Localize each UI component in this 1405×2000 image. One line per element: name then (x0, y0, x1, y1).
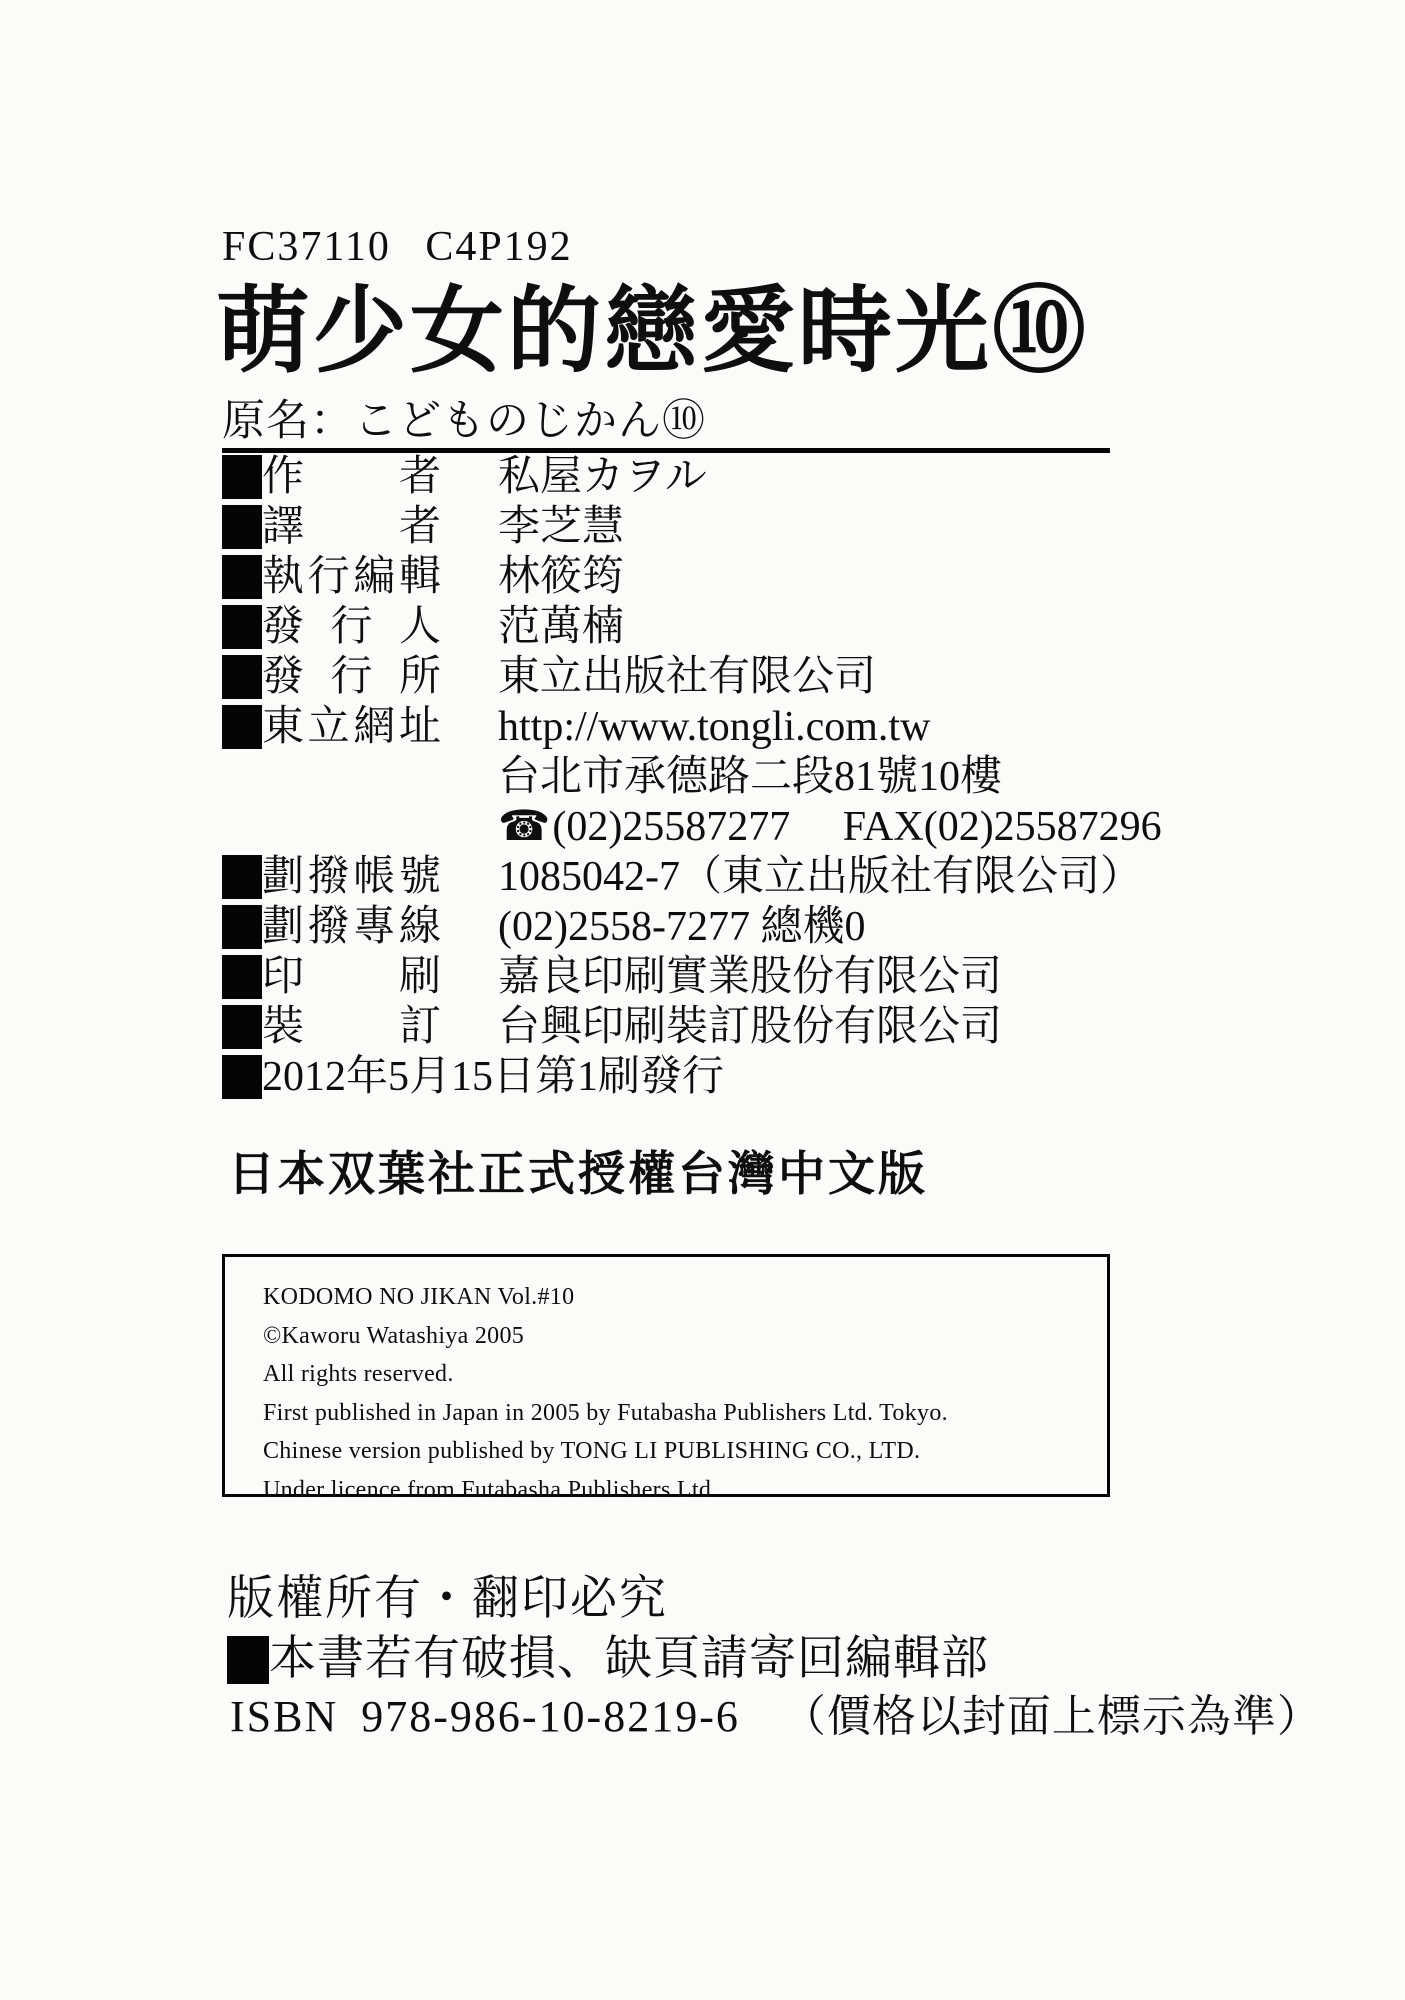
colophon-row: 印刷嘉良印刷實業股份有限公司 (222, 952, 1222, 1002)
license-statement: 日本双葉社正式授權台灣中文版 (228, 1148, 928, 1202)
bullet-square-icon (222, 555, 262, 599)
copyright-line: Chinese version published by TONG LI PUB… (263, 1432, 1097, 1471)
bullet-square-icon (222, 605, 262, 649)
colophon-row: 台北市承德路二段81號10樓 (222, 752, 1222, 802)
colophon-row: 譯者李芝慧 (222, 502, 1222, 552)
colophon-row-label: 印刷 (262, 952, 441, 1002)
damage-notice-row: 本書若有破損、缺頁請寄回編輯部 (227, 1632, 989, 1686)
colophon-row: 東立網址http://www.tongli.com.tw (222, 702, 1222, 752)
colophon-row: 劃撥帳號1085042-7（東立出版社有限公司） (222, 852, 1222, 902)
copyright-line: KODOMO NO JIKAN Vol.#10 (263, 1278, 1097, 1317)
bullet-square-icon (222, 855, 262, 899)
colophon-row-label: 作者 (262, 452, 441, 502)
colophon-row-value: http://www.tongli.com.tw (498, 702, 930, 752)
phone-icon: ☎ (498, 802, 550, 852)
book-title: 萌少女的戀愛時光⑩ (216, 282, 1089, 384)
isbn: ISBN 978-986-10-8219-6 (230, 1692, 740, 1743)
colophon-row: 2012年5月15日第1刷發行 (222, 1052, 1222, 1102)
colophon-row-value: 2012年5月15日第1刷發行 (262, 1052, 724, 1102)
copyright-line: Under licence from Futabasha Publishers … (263, 1471, 1097, 1510)
colophon-row-label: 執行編輯 (262, 552, 441, 602)
bullet-square-icon (227, 1636, 269, 1684)
colophon-row: 作者私屋カヲル (222, 452, 1222, 502)
rights-notice: 版權所有・翻印必究 (227, 1574, 668, 1626)
colophon-row-value: 私屋カヲル (498, 452, 707, 502)
bullet-square-icon (222, 905, 262, 949)
product-code: FC37110 C4P192 (222, 224, 573, 270)
original-title: 原名：こどものじかん⑩ (222, 398, 706, 445)
colophon-row-value: 台興印刷裝訂股份有限公司 (498, 1002, 1002, 1052)
bullet-square-icon (222, 1005, 262, 1049)
colophon-row-label: 劃撥帳號 (262, 852, 441, 902)
colophon-row-label: 裝訂 (262, 1002, 441, 1052)
colophon-row: 裝訂台興印刷裝訂股份有限公司 (222, 1002, 1222, 1052)
bullet-square-icon (222, 1055, 262, 1099)
bullet-square-icon (222, 505, 262, 549)
colophon-row-value: 范萬楠 (498, 602, 624, 652)
colophon-row-value: 台北市承德路二段81號10樓 (498, 752, 1002, 802)
bullet-square-icon (222, 655, 262, 699)
copyright-line: All rights reserved. (263, 1355, 1097, 1394)
colophon-table: 作者私屋カヲル譯者李芝慧執行編輯林筱筠發行人范萬楠發行所東立出版社有限公司東立網… (222, 452, 1222, 1102)
colophon-row-label: 發行人 (262, 602, 441, 652)
colophon-row: 劃撥專線(02)2558-7277 總機0 (222, 902, 1222, 952)
isbn-row: ISBN 978-986-10-8219-6 （價格以封面上標示為準） (230, 1692, 1322, 1743)
colophon-row-label: 發行所 (262, 652, 441, 702)
colophon-row-value: 林筱筠 (498, 552, 624, 602)
bullet-spacer (222, 802, 262, 846)
colophon-row-label: 東立網址 (262, 702, 441, 752)
bullet-spacer (222, 752, 262, 796)
colophon-row-label: 譯者 (262, 502, 441, 552)
bullet-square-icon (222, 455, 262, 499)
colophon-row: 執行編輯林筱筠 (222, 552, 1222, 602)
price-note: （價格以封面上標示為準） (782, 1692, 1322, 1743)
colophon-row-value: 東立出版社有限公司 (498, 652, 876, 702)
colophon-row-value: (02)25587277 FAX(02)25587296 (552, 802, 1161, 852)
copyright-line: First published in Japan in 2005 by Futa… (263, 1394, 1097, 1433)
bullet-square-icon (222, 955, 262, 999)
copyright-box: KODOMO NO JIKAN Vol.#10©Kaworu Watashiya… (222, 1254, 1110, 1497)
colophon-row-value: (02)2558-7277 總機0 (498, 902, 865, 952)
colophon-row-label: 劃撥專線 (262, 902, 441, 952)
colophon-row: ☎(02)25587277 FAX(02)25587296 (222, 802, 1222, 852)
colophon-row-value: 嘉良印刷實業股份有限公司 (498, 952, 1002, 1002)
colophon-row-value: 李芝慧 (498, 502, 624, 552)
colophon-row: 發行所東立出版社有限公司 (222, 652, 1222, 702)
colophon-row: 發行人范萬楠 (222, 602, 1222, 652)
bullet-square-icon (222, 705, 262, 749)
damage-notice: 本書若有破損、缺頁請寄回編輯部 (269, 1632, 989, 1686)
copyright-line: ©Kaworu Watashiya 2005 (263, 1317, 1097, 1356)
colophon-row-value: 1085042-7（東立出版社有限公司） (498, 852, 1142, 902)
